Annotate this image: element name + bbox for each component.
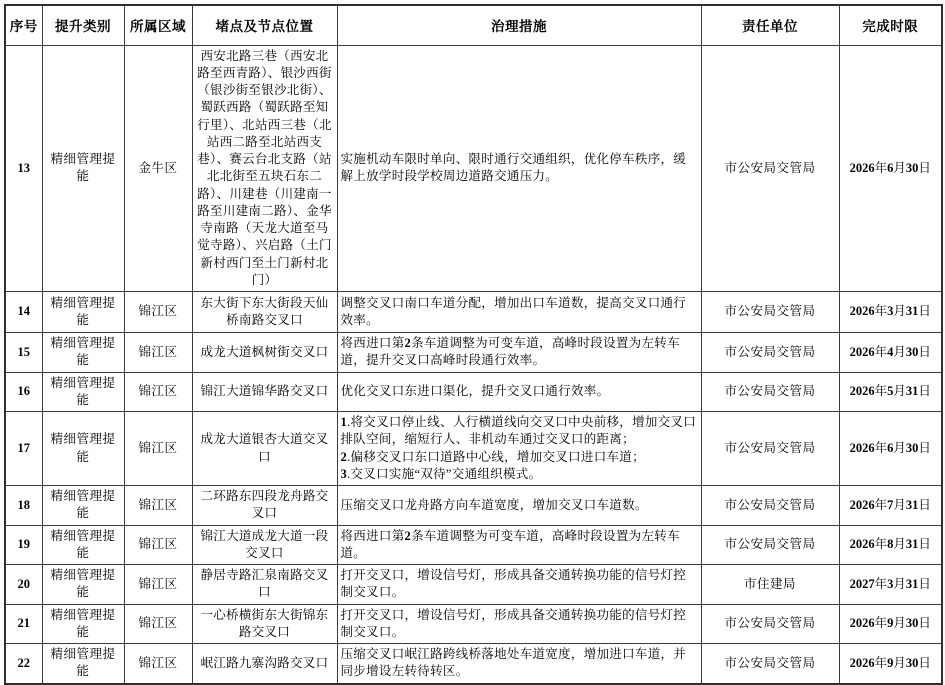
cell-category: 精细管理提能	[42, 525, 124, 565]
table-row: 16精细管理提能锦江区锦江大道锦华路交叉口优化交叉口东进口渠化，提升交叉口通行效…	[5, 372, 942, 412]
cell-unit: 市公安局交管局	[701, 525, 839, 565]
cell-category: 精细管理提能	[42, 604, 124, 644]
cell-unit: 市公安局交管局	[701, 333, 839, 373]
table-row: 14精细管理提能锦江区东大街下东大街段天仙桥南路交叉口调整交叉口南口车道分配，增…	[5, 292, 942, 333]
cell-location: 锦江大道锦华路交叉口	[192, 372, 337, 412]
cell-category: 精细管理提能	[42, 333, 124, 373]
cell-deadline: 2026年8月31日	[839, 525, 942, 565]
cell-measures: 1.将交叉口停止线、人行横道线向交叉口中央前移，增加交叉口排队空间，缩短行人、非…	[337, 412, 701, 486]
cell-unit: 市公安局交管局	[701, 604, 839, 644]
cell-category: 精细管理提能	[42, 372, 124, 412]
cell-no: 13	[5, 45, 42, 292]
cell-district: 锦江区	[124, 565, 192, 605]
cell-category: 精细管理提能	[42, 292, 124, 333]
cell-unit: 市公安局交管局	[701, 45, 839, 292]
table-row: 18精细管理提能锦江区二环路东四段龙舟路交叉口压缩交叉口龙舟路方向车道宽度，增加…	[5, 486, 942, 526]
table-row: 17精细管理提能锦江区成龙大道银杏大道交叉口1.将交叉口停止线、人行横道线向交叉…	[5, 412, 942, 486]
cell-location: 岷江路九寨沟路交叉口	[192, 644, 337, 684]
cell-unit: 市公安局交管局	[701, 412, 839, 486]
cell-no: 19	[5, 525, 42, 565]
cell-no: 15	[5, 333, 42, 373]
cell-location: 静居寺路汇泉南路交叉口	[192, 565, 337, 605]
cell-district: 金牛区	[124, 45, 192, 292]
cell-no: 16	[5, 372, 42, 412]
cell-category: 精细管理提能	[42, 565, 124, 605]
cell-measures: 压缩交叉口岷江路跨线桥落地处车道宽度，增加进口车道，并同步增设左转待转区。	[337, 644, 701, 684]
table-row: 21精细管理提能锦江区一心桥横街东大街锦东路交叉口打开交叉口，增设信号灯，形成具…	[5, 604, 942, 644]
cell-district: 锦江区	[124, 333, 192, 373]
cell-location: 二环路东四段龙舟路交叉口	[192, 486, 337, 526]
column-header-no: 序号	[5, 5, 42, 45]
cell-unit: 市公安局交管局	[701, 372, 839, 412]
cell-location: 锦江大道成龙大道一段交叉口	[192, 525, 337, 565]
table-row: 15精细管理提能锦江区成龙大道枫树街交叉口将西进口第2条车道调整为可变车道，高峰…	[5, 333, 942, 373]
cell-unit: 市公安局交管局	[701, 486, 839, 526]
column-header-district: 所属区域	[124, 5, 192, 45]
cell-district: 锦江区	[124, 486, 192, 526]
cell-district: 锦江区	[124, 412, 192, 486]
cell-deadline: 2026年9月30日	[839, 604, 942, 644]
cell-no: 17	[5, 412, 42, 486]
cell-measures: 调整交叉口南口车道分配，增加出口车道数，提高交叉口通行效率。	[337, 292, 701, 333]
table-row: 22精细管理提能锦江区岷江路九寨沟路交叉口压缩交叉口岷江路跨线桥落地处车道宽度，…	[5, 644, 942, 684]
table-row: 19精细管理提能锦江区锦江大道成龙大道一段交叉口将西进口第2条车道调整为可变车道…	[5, 525, 942, 565]
cell-unit: 市住建局	[701, 565, 839, 605]
cell-deadline: 2026年9月30日	[839, 644, 942, 684]
traffic-measures-table: 序号提升类别所属区域堵点及节点位置治理措施责任单位完成时限 13精细管理提能金牛…	[4, 4, 943, 685]
cell-no: 14	[5, 292, 42, 333]
column-header-measures: 治理措施	[337, 5, 701, 45]
cell-district: 锦江区	[124, 644, 192, 684]
cell-no: 21	[5, 604, 42, 644]
column-header-category: 提升类别	[42, 5, 124, 45]
table-body: 13精细管理提能金牛区西安北路三巷（西安北路至西青路）、银沙西街（银沙街至银沙北…	[5, 45, 942, 684]
cell-measures: 压缩交叉口龙舟路方向车道宽度，增加交叉口车道数。	[337, 486, 701, 526]
cell-location: 一心桥横街东大街锦东路交叉口	[192, 604, 337, 644]
column-header-unit: 责任单位	[701, 5, 839, 45]
cell-deadline: 2026年6月30日	[839, 45, 942, 292]
cell-location: 成龙大道枫树街交叉口	[192, 333, 337, 373]
cell-location: 东大街下东大街段天仙桥南路交叉口	[192, 292, 337, 333]
cell-deadline: 2026年5月31日	[839, 372, 942, 412]
cell-location: 成龙大道银杏大道交叉口	[192, 412, 337, 486]
cell-category: 精细管理提能	[42, 644, 124, 684]
cell-district: 锦江区	[124, 525, 192, 565]
header-row: 序号提升类别所属区域堵点及节点位置治理措施责任单位完成时限	[5, 5, 942, 45]
cell-measures: 将西进口第2条车道调整为可变车道，高峰时段设置为左转车道。	[337, 525, 701, 565]
cell-deadline: 2027年3月31日	[839, 565, 942, 605]
cell-measures: 将西进口第2条车道调整为可变车道，高峰时段设置为左转车道，提升交叉口高峰时段通行…	[337, 333, 701, 373]
column-header-deadline: 完成时限	[839, 5, 942, 45]
cell-unit: 市公安局交管局	[701, 292, 839, 333]
cell-no: 18	[5, 486, 42, 526]
cell-category: 精细管理提能	[42, 486, 124, 526]
cell-district: 锦江区	[124, 372, 192, 412]
cell-deadline: 2026年3月31日	[839, 292, 942, 333]
cell-measures: 实施机动车限时单向、限时通行交通组织，优化停车秩序，缓解上放学时段学校周边道路交…	[337, 45, 701, 292]
cell-measures: 打开交叉口，增设信号灯，形成具备交通转换功能的信号灯控制交叉口。	[337, 565, 701, 605]
table-row: 20精细管理提能锦江区静居寺路汇泉南路交叉口打开交叉口，增设信号灯，形成具备交通…	[5, 565, 942, 605]
cell-district: 锦江区	[124, 604, 192, 644]
cell-deadline: 2026年7月31日	[839, 486, 942, 526]
cell-district: 锦江区	[124, 292, 192, 333]
cell-deadline: 2026年4月30日	[839, 333, 942, 373]
cell-deadline: 2026年6月30日	[839, 412, 942, 486]
cell-no: 20	[5, 565, 42, 605]
cell-location: 西安北路三巷（西安北路至西青路）、银沙西街（银沙街至银沙北街）、蜀跃西路（蜀跃路…	[192, 45, 337, 292]
table-row: 13精细管理提能金牛区西安北路三巷（西安北路至西青路）、银沙西街（银沙街至银沙北…	[5, 45, 942, 292]
document-page: 序号提升类别所属区域堵点及节点位置治理措施责任单位完成时限 13精细管理提能金牛…	[0, 0, 945, 635]
cell-no: 22	[5, 644, 42, 684]
cell-category: 精细管理提能	[42, 412, 124, 486]
cell-unit: 市公安局交管局	[701, 644, 839, 684]
cell-measures: 优化交叉口东进口渠化，提升交叉口通行效率。	[337, 372, 701, 412]
cell-measures: 打开交叉口，增设信号灯，形成具备交通转换功能的信号灯控制交叉口。	[337, 604, 701, 644]
column-header-location: 堵点及节点位置	[192, 5, 337, 45]
cell-category: 精细管理提能	[42, 45, 124, 292]
